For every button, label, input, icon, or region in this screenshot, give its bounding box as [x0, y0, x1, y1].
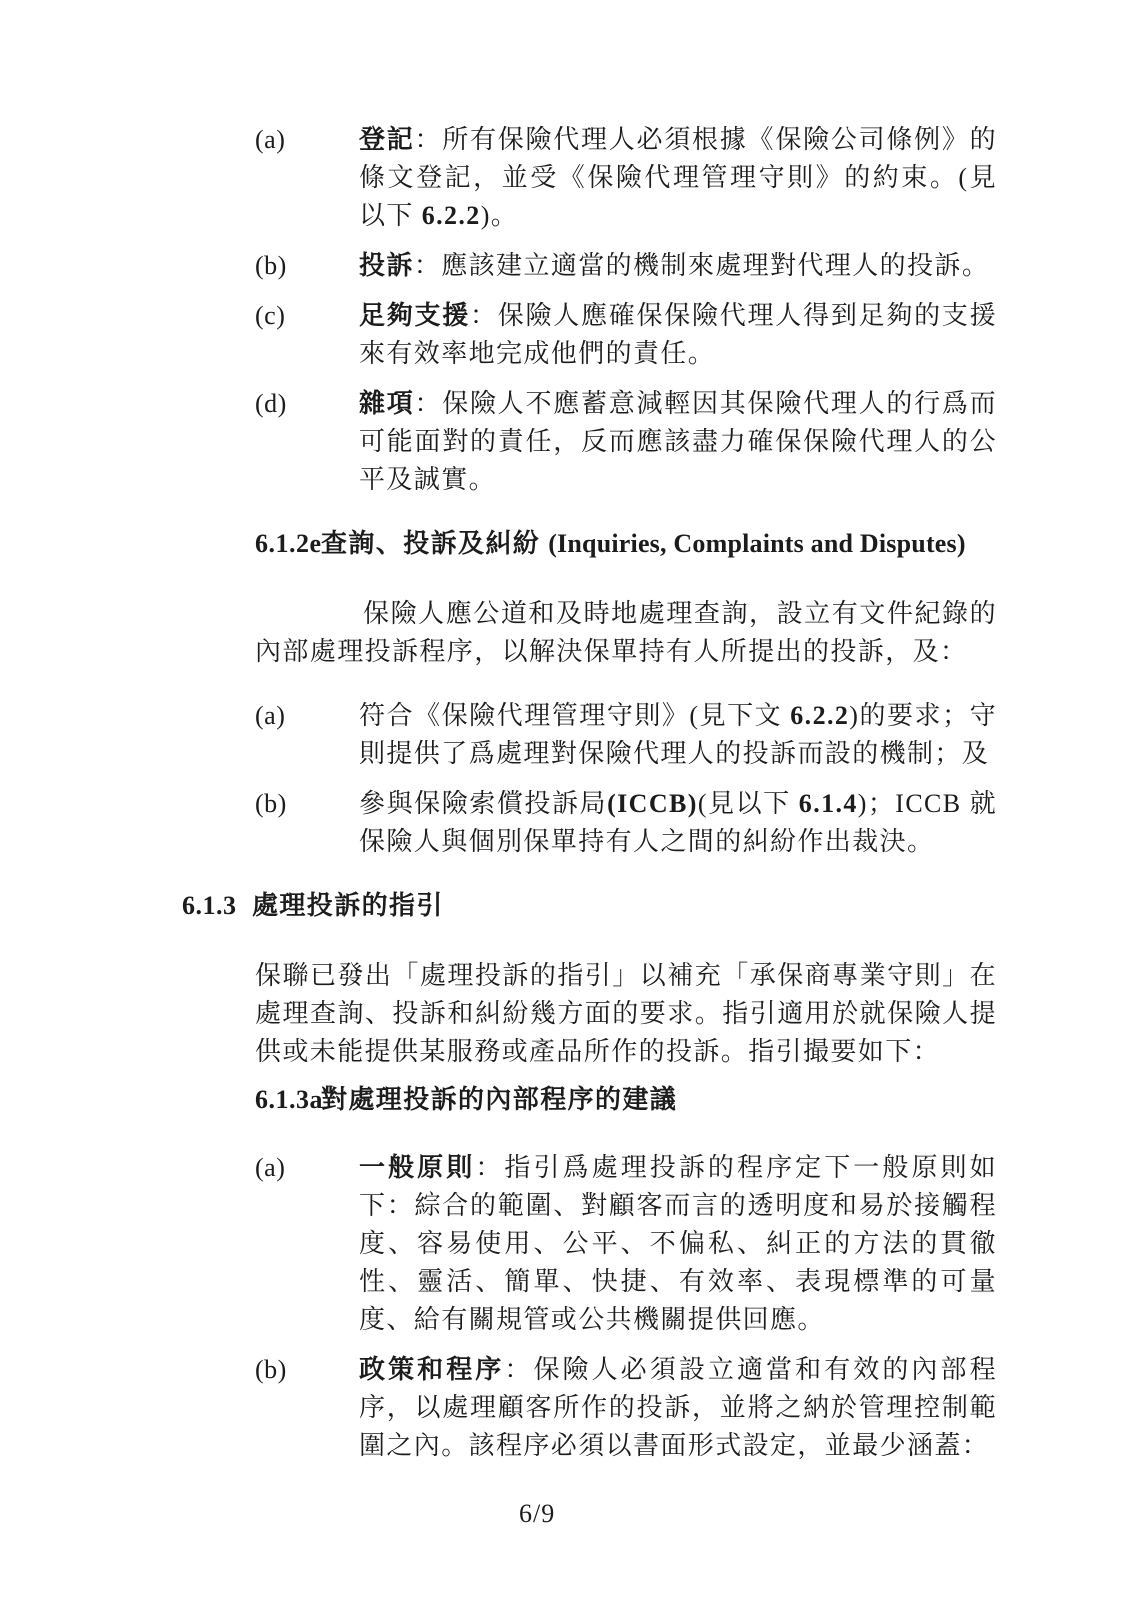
list-item: (b) 政策和程序：保險人必須設立適當和有效的內部程序，以處理顧客所作的投訴，並… — [255, 1351, 997, 1465]
document-page: (a) 登記：所有保險代理人必須根據《保險公司條例》的條文登記，並受《保險代理管… — [0, 0, 1131, 1600]
heading-title-english: (Inquiries, Complaints and Disputes) — [548, 529, 966, 558]
heading-title: 對處理投訴的內部程序的建議 — [321, 1085, 677, 1114]
page-number: 6/9 — [519, 1499, 555, 1529]
item-label: (d) — [255, 385, 359, 499]
section-heading-6-1-3a: 6.1.3a對處理投訴的內部程序的建議 — [255, 1081, 997, 1119]
heading-title: 處理投訴的指引 — [252, 891, 444, 920]
item-text: 符合《保險代理管理守則》(見下文 6.2.2)的要求；守則提供了爲處理對保險代理… — [359, 697, 997, 773]
item-text: 足夠支援：保險人應確保保險代理人得到足夠的支援來有效率地完成他們的責任。 — [359, 297, 997, 373]
item-label: (a) — [255, 1149, 359, 1339]
list-item: (b) 參與保險索償投訴局(ICCB)(見以下 6.1.4)；ICCB 就保險人… — [255, 785, 997, 861]
list-item: (d) 雜項：保險人不應蓄意減輕因其保險代理人的行爲而可能面對的責任，反而應該盡… — [255, 385, 997, 499]
list-1: (a) 登記：所有保險代理人必須根據《保險公司條例》的條文登記，並受《保險代理管… — [255, 121, 997, 499]
list-2: (a) 符合《保險代理管理守則》(見下文 6.2.2)的要求；守則提供了爲處理對… — [255, 697, 997, 861]
item-text: 雜項：保險人不應蓄意減輕因其保險代理人的行爲而可能面對的責任，反而應該盡力確保保… — [359, 385, 997, 499]
item-label: (a) — [255, 121, 359, 235]
list-item: (a) 登記：所有保險代理人必須根據《保險公司條例》的條文登記，並受《保險代理管… — [255, 121, 997, 235]
item-label: (b) — [255, 1351, 359, 1465]
item-label: (b) — [255, 247, 359, 285]
item-text: 政策和程序：保險人必須設立適當和有效的內部程序，以處理顧客所作的投訴，並將之納於… — [359, 1351, 997, 1465]
item-label: (c) — [255, 297, 359, 373]
paragraph-6-1-3: 保聯已發出「處理投訴的指引」以補充「承保商專業守則」在處理查詢、投訴和糾紛幾方面… — [255, 957, 997, 1071]
item-text: 投訴：應該建立適當的機制來處理對代理人的投訴。 — [359, 247, 997, 285]
section-heading-6-1-2e: 6.1.2e查詢、投訴及糾紛(Inquiries, Complaints and… — [255, 525, 997, 563]
item-label: (b) — [255, 785, 359, 861]
list-item: (a) 符合《保險代理管理守則》(見下文 6.2.2)的要求；守則提供了爲處理對… — [255, 697, 997, 773]
list-item: (b) 投訴：應該建立適當的機制來處理對代理人的投訴。 — [255, 247, 997, 285]
page-content: (a) 登記：所有保險代理人必須根據《保險公司條例》的條文登記，並受《保險代理管… — [255, 121, 997, 1465]
item-text: 一般原則：指引爲處理投訴的程序定下一般原則如下：綜合的範圍、對顧客而言的透明度和… — [359, 1149, 997, 1339]
item-text: 參與保險索償投訴局(ICCB)(見以下 6.1.4)；ICCB 就保險人與個別保… — [359, 785, 997, 861]
section-heading-6-1-3: 6.1.3處理投訴的指引 — [182, 887, 997, 925]
list-item: (c) 足夠支援：保險人應確保保險代理人得到足夠的支援來有效率地完成他們的責任。 — [255, 297, 997, 373]
heading-number: 6.1.3 — [182, 887, 252, 925]
list-item: (a) 一般原則：指引爲處理投訴的程序定下一般原則如下：綜合的範圍、對顧客而言的… — [255, 1149, 997, 1339]
item-text: 登記：所有保險代理人必須根據《保險公司條例》的條文登記，並受《保險代理管理守則》… — [359, 121, 997, 235]
heading-number: 6.1.3a — [255, 1081, 321, 1119]
heading-number: 6.1.2e — [255, 525, 321, 563]
paragraph-6-1-2e: 保險人應公道和及時地處理查詢，設立有文件紀錄的內部處理投訴程序，以解決保單持有人… — [255, 595, 997, 671]
item-label: (a) — [255, 697, 359, 773]
list-3: (a) 一般原則：指引爲處理投訴的程序定下一般原則如下：綜合的範圍、對顧客而言的… — [255, 1149, 997, 1465]
heading-title: 查詢、投訴及糾紛 — [321, 529, 540, 558]
